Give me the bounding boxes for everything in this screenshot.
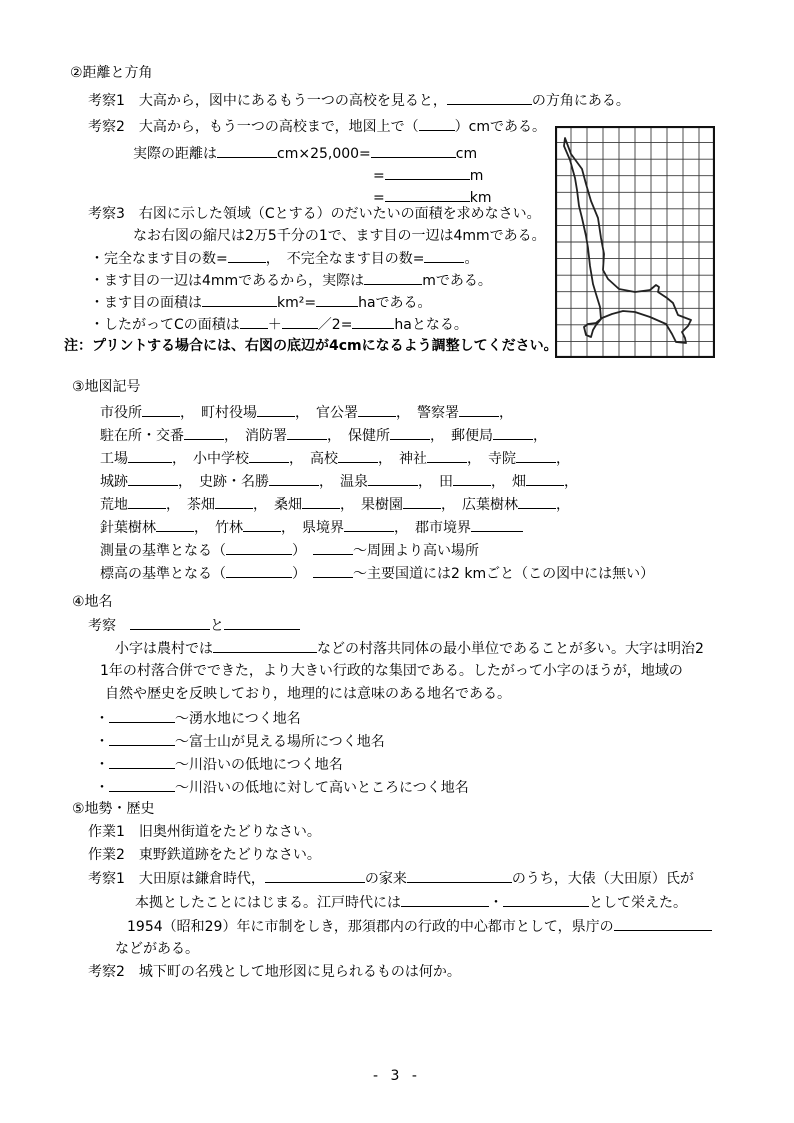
text-run: ， 神社 (378, 451, 427, 467)
text-run: なお右図の縮尺は2万5千分の1で、ます目の一辺は4mmである。 (133, 228, 546, 244)
fill-blank (217, 143, 277, 158)
fill-blank (184, 425, 224, 440)
text-line: 城跡， 史跡・名勝， 温泉， 田， 畑， (100, 471, 578, 491)
text-run: ， 温泉 (319, 474, 368, 490)
text-run: haとなる。 (394, 317, 467, 333)
text-run: ／2= (318, 317, 353, 333)
text-run: 標高の基準となる（ (100, 566, 226, 582)
text-run: ， 町村役場 (180, 405, 257, 421)
fill-blank (427, 448, 467, 463)
text-run: ～川沿いの低地に対して高いところにつく地名 (175, 780, 469, 796)
text-line: 考察 と (88, 615, 300, 635)
fill-blank (302, 494, 340, 509)
text-run: 作業2 東野鉄道跡をたどりなさい。 (88, 847, 321, 863)
text-run: ， 消防署 (224, 428, 287, 444)
text-run: km²= (277, 295, 316, 311)
text-run: などがある。 (115, 941, 199, 957)
text-run: ， 桑畑 (253, 497, 302, 513)
text-line: 市役所， 町村役場， 官公署， 警察署， (100, 402, 513, 422)
text-run: ， (556, 497, 570, 513)
region-c-outline (564, 138, 691, 343)
text-run: 駐在所・交番 (100, 428, 184, 444)
text-run: 。 (464, 251, 478, 267)
fill-blank (226, 563, 292, 578)
fill-blank (128, 448, 172, 463)
text-line: 小字は農村ではなどの村落共同体の最小単位であることが多い。大字は明治2 (115, 638, 704, 658)
text-line: 荒地， 茶畑， 桑畑， 果樹園， 広葉樹林， (100, 494, 570, 514)
section-heading: ④地名 (72, 592, 113, 612)
text-run: ， 茶畑 (166, 497, 215, 513)
fill-blank (142, 402, 180, 417)
text-line: ・ます目の一辺は4mmであるから，実際はmである。 (90, 270, 492, 290)
text-run: 考察1 大高から，図中にあるもう一つの高校を見ると， (88, 93, 447, 109)
fill-blank (390, 425, 430, 440)
text-line: 1年の村落合併でできた，より大きい行政的な集団である。したがって小字のほうが，地… (100, 661, 683, 681)
text-run: ・したがってCの面積は (90, 317, 240, 333)
text-run: ， (499, 405, 513, 421)
fill-blank (518, 494, 556, 509)
fill-blank (401, 892, 489, 907)
fill-blank (352, 314, 394, 329)
text-line: ・したがってCの面積は＋／2=haとなる。 (90, 314, 468, 334)
fill-blank (109, 777, 175, 792)
fill-blank (226, 540, 292, 555)
text-run: のうち，大俵（大田原）氏が (512, 871, 694, 887)
text-run: ・ (489, 895, 503, 911)
text-run: 注：プリントする場合には、右図の底辺が4cmになるよう調整してください。 (64, 338, 558, 354)
text-run: ＋ (268, 317, 282, 333)
text-run: ， 高校 (289, 451, 338, 467)
fill-blank (316, 292, 358, 307)
text-run: ， 田 (418, 474, 453, 490)
text-run: ③地図記号 (72, 379, 141, 395)
text-line: 自然や歴史を反映しており，地理的には意味のある地名である。 (105, 684, 511, 704)
fill-blank (215, 494, 253, 509)
fill-blank (459, 402, 499, 417)
fill-blank (213, 638, 317, 653)
text-run: m (470, 168, 484, 184)
text-run: 小字は農村では (115, 641, 213, 657)
fill-blank (265, 868, 365, 883)
text-run: ⑤地勢・歴史 (72, 801, 155, 817)
text-run: ， 警察署 (396, 405, 459, 421)
text-run: 実際の距離は (133, 146, 217, 162)
fill-blank (364, 270, 422, 285)
text-run: ， 官公署 (295, 405, 358, 421)
text-run: 市役所 (100, 405, 142, 421)
text-run: ， 竹林 (194, 520, 243, 536)
text-run: として栄えた。 (589, 895, 687, 911)
fill-blank (128, 494, 166, 509)
fill-blank (313, 540, 353, 555)
text-run: = (373, 168, 385, 184)
text-run: ～主要国道には2 kmごと（この図中には無い） (353, 566, 654, 582)
fill-blank (407, 868, 512, 883)
fill-blank (368, 471, 418, 486)
fill-blank (243, 517, 281, 532)
text-run: ， 県境界 (281, 520, 344, 536)
text-line: 1954（昭和29）年に市制をしき，那須郡内の行政的中心都市として，県庁の (127, 916, 712, 936)
text-run: 作業1 旧奥州街道をたどりなさい。 (88, 824, 321, 840)
text-run: 針葉樹林 (100, 520, 156, 536)
text-run: ・ます目の面積は (90, 295, 202, 311)
fill-blank (503, 892, 589, 907)
fill-blank (287, 425, 327, 440)
text-run: ②距離と方角 (70, 65, 153, 81)
fill-blank (516, 448, 556, 463)
fill-blank (419, 116, 455, 131)
fill-blank (130, 615, 210, 630)
text-run: と (210, 618, 224, 634)
text-run: 1954（昭和29）年に市制をしき，那須郡内の行政的中心都市として，県庁の (127, 919, 614, 935)
text-run: ～湧水地につく地名 (175, 711, 301, 727)
text-run: 考察2 大高から，もう一つの高校まで，地図上で（ (88, 119, 419, 135)
text-run: ・ます目の一辺は4mmであるから，実際は (90, 273, 364, 289)
text-run: ④地名 (72, 594, 113, 610)
text-run: 城跡 (100, 474, 128, 490)
fill-blank (202, 292, 277, 307)
text-run: 考察2 城下町の名残として地形図に見られるものは何か。 (88, 964, 461, 980)
fill-blank (358, 402, 396, 417)
fill-blank (224, 615, 300, 630)
fill-blank (424, 248, 464, 263)
text-line: などがある。 (115, 939, 199, 959)
fill-blank (371, 143, 456, 158)
grid-lines (555, 126, 715, 358)
text-run: cm×25,000= (277, 146, 371, 162)
text-line: ・ます目の面積はkm²=haである。 (90, 292, 432, 312)
worksheet-page: ②距離と方角考察1 大高から，図中にあるもう一つの高校を見ると，の方角にある。考… (0, 0, 794, 1123)
fill-blank (128, 471, 178, 486)
text-run: ， 果樹園 (340, 497, 403, 513)
text-line: 考察3 右図に示した領域（Cとする）のだいたいの面積を求めなさい。 (88, 204, 541, 224)
fill-blank (109, 708, 175, 723)
text-line: ・～川沿いの低地につく地名 (95, 754, 343, 774)
text-run: ） (292, 543, 313, 559)
text-line: ・完全なます目の数=， 不完全なます目の数=。 (90, 248, 478, 268)
text-line: 工場， 小中学校， 高校， 神社， 寺院， (100, 448, 570, 468)
text-run: ， 不完全なます目の数= (266, 251, 425, 267)
fill-blank (385, 165, 470, 180)
fill-blank (403, 494, 441, 509)
text-run: 1年の村落合併でできた，より大きい行政的な集団である。したがって小字のほうが，地… (100, 663, 683, 679)
text-run: ， (533, 428, 547, 444)
text-run: の家来 (365, 871, 407, 887)
fill-blank (447, 90, 532, 105)
text-line: 標高の基準となる（） ～主要国道には2 kmごと（この図中には無い） (100, 563, 654, 583)
text-run: 工場 (100, 451, 128, 467)
text-run: ， (564, 474, 578, 490)
page-number: - 3 - (0, 1066, 794, 1086)
fill-blank (526, 471, 564, 486)
text-run: ， 史跡・名勝 (178, 474, 269, 490)
text-run: ・ (95, 711, 109, 727)
text-run: ・完全なます目の数= (90, 251, 228, 267)
text-run: ～周囲より高い場所 (353, 543, 479, 559)
text-run: ～富士山が見える場所につく地名 (175, 734, 385, 750)
text-run: 荒地 (100, 497, 128, 513)
text-run: ・ (95, 780, 109, 796)
text-line: 考察2 大高から，もう一つの高校まで，地図上で（）cmである。 (88, 116, 546, 136)
section-heading: ⑤地勢・歴史 (72, 799, 155, 819)
fill-blank (109, 731, 175, 746)
fill-blank (257, 402, 295, 417)
fill-blank (471, 517, 523, 532)
text-run: 考察1 大田原は鎌倉時代， (88, 871, 265, 887)
text-run: ， 広葉樹林 (441, 497, 518, 513)
fill-blank (228, 248, 266, 263)
text-run: ・ (95, 734, 109, 750)
text-run: ， 保健所 (327, 428, 390, 444)
text-run: ） (292, 566, 313, 582)
text-run: ・ (95, 757, 109, 773)
text-run: ， 小中学校 (172, 451, 249, 467)
print-note: 注：プリントする場合には、右図の底辺が4cmになるよう調整してください。 (64, 336, 558, 356)
text-line: 作業2 東野鉄道跡をたどりなさい。 (88, 845, 321, 865)
text-line: =m (373, 165, 483, 185)
text-run: cm (456, 146, 477, 162)
text-run: 測量の基準となる（ (100, 543, 226, 559)
text-line: 測量の基準となる（） ～周囲より高い場所 (100, 540, 479, 560)
text-line: なお右図の縮尺は2万5千分の1で、ます目の一辺は4mmである。 (133, 226, 546, 246)
text-run: などの村落共同体の最小単位であることが多い。大字は明治2 (317, 641, 704, 657)
region-c-grid-figure (555, 126, 715, 358)
text-run: ， 郡市境界 (394, 520, 471, 536)
text-line: 考察1 大高から，図中にあるもう一つの高校を見ると，の方角にある。 (88, 90, 630, 110)
text-run: 本拠としたことにはじまる。江戸時代には (135, 895, 401, 911)
text-run: ～川沿いの低地につく地名 (175, 757, 343, 773)
fill-blank (109, 754, 175, 769)
text-run: 自然や歴史を反映しており，地理的には意味のある地名である。 (105, 686, 511, 702)
fill-blank (614, 916, 712, 931)
text-run: haである。 (358, 295, 431, 311)
text-line: ・～川沿いの低地に対して高いところにつく地名 (95, 777, 469, 797)
text-line: ・～湧水地につく地名 (95, 708, 301, 728)
text-line: ・～富士山が見える場所につく地名 (95, 731, 385, 751)
text-run: ， (556, 451, 570, 467)
fill-blank (240, 314, 268, 329)
fill-blank (453, 471, 491, 486)
fill-blank (156, 517, 194, 532)
text-run: ）cmである。 (455, 119, 546, 135)
fill-blank (282, 314, 318, 329)
text-run: mである。 (422, 273, 492, 289)
fill-blank (313, 563, 353, 578)
fill-blank (249, 448, 289, 463)
text-run: ， 畑 (491, 474, 526, 490)
text-run: 考察 (88, 618, 130, 634)
text-line: 考察1 大田原は鎌倉時代，の家来のうち，大俵（大田原）氏が (88, 868, 694, 888)
text-run: ， 寺院 (467, 451, 516, 467)
text-run: ， 郵便局 (430, 428, 493, 444)
fill-blank (269, 471, 319, 486)
text-run: の方角にある。 (532, 93, 630, 109)
fill-blank (385, 187, 470, 202)
text-line: 実際の距離はcm×25,000=cm (133, 143, 477, 163)
fill-blank (338, 448, 378, 463)
text-line: 作業1 旧奥州街道をたどりなさい。 (88, 822, 321, 842)
section-heading: ②距離と方角 (70, 63, 153, 83)
section-heading: ③地図記号 (72, 377, 141, 397)
text-line: 駐在所・交番， 消防署， 保健所， 郵便局， (100, 425, 547, 445)
fill-blank (493, 425, 533, 440)
text-run: 考察3 右図に示した領域（Cとする）のだいたいの面積を求めなさい。 (88, 206, 541, 222)
text-line: 本拠としたことにはじまる。江戸時代には・として栄えた。 (135, 892, 687, 912)
text-line: 針葉樹林， 竹林， 県境界， 郡市境界 (100, 517, 523, 537)
text-line: 考察2 城下町の名残として地形図に見られるものは何か。 (88, 962, 461, 982)
fill-blank (344, 517, 394, 532)
